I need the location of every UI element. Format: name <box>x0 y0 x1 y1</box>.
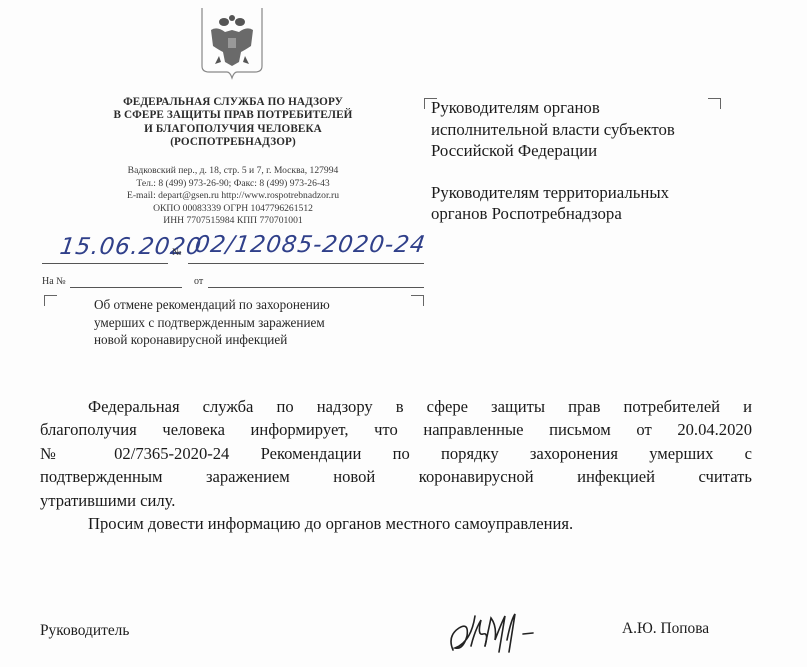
recipient-group-1: Руководителям органов исполнительной вла… <box>431 97 731 162</box>
signatory-title: Руководитель <box>40 622 129 640</box>
ref-from-label: от <box>194 276 203 287</box>
agency-name-line: В СФЕРЕ ЗАЩИТЫ ПРАВ ПОТРЕБИТЕЛЕЙ <box>78 109 388 122</box>
subject-corner-left <box>44 295 57 306</box>
date-underline <box>42 263 168 264</box>
recipient-line: Российской Федерации <box>431 141 597 160</box>
agency-name-line: (РОСПОТРЕБНАДЗОР) <box>78 136 388 149</box>
ref-number-label: На № <box>42 276 66 287</box>
okpo-ogrn: ОКПО 00083339 ОГРН 1047796261512 <box>78 203 388 216</box>
letter-body: Федеральная служба по надзору в сфере за… <box>40 395 752 535</box>
ref-number-line <box>70 287 182 288</box>
ref-from-line <box>208 287 424 288</box>
subject-line: новой коронавирусной инфекцией <box>94 331 414 349</box>
letter-subject: Об отмене рекомендаций по захоронению ум… <box>94 296 414 349</box>
number-underline <box>188 263 424 264</box>
handwritten-date: 15.06.2020 <box>58 234 203 260</box>
recipient-group-2: Руководителям территориальных органов Ро… <box>431 182 731 225</box>
body-line: Федеральная служба по надзору в сфере за… <box>40 395 752 418</box>
inn-kpp: ИНН 7707515984 КПП 770701001 <box>78 215 388 228</box>
agency-contacts: Вадковский пер., д. 18, стр. 5 и 7, г. М… <box>78 165 388 228</box>
body-line: подтвержденным заражением новой коронави… <box>40 465 752 488</box>
email-website: E-mail: depart@gsen.ru http://www.rospot… <box>78 190 388 203</box>
agency-name: ФЕДЕРАЛЬНАЯ СЛУЖБА ПО НАДЗОРУ В СФЕРЕ ЗА… <box>78 96 388 150</box>
number-sign: № <box>172 247 182 258</box>
body-line: утратившими силу. <box>40 489 752 512</box>
handwritten-number: 02/12085-2020-24 <box>193 232 427 258</box>
subject-line: Об отмене рекомендаций по захоронению <box>94 296 414 314</box>
recipient-line: исполнительной власти субъектов <box>431 120 675 139</box>
agency-name-line: И БЛАГОПОЛУЧИЯ ЧЕЛОВЕКА <box>78 123 388 136</box>
recipient-line: Руководителям территориальных <box>431 183 669 202</box>
subject-line: умерших с подтвержденным заражением <box>94 314 414 332</box>
address: Вадковский пер., д. 18, стр. 5 и 7, г. М… <box>78 165 388 178</box>
russian-coat-of-arms-icon <box>199 6 265 82</box>
signatory-name: А.Ю. Попова <box>622 620 709 638</box>
body-paragraph-2: Просим довести информацию до органов мес… <box>40 512 752 535</box>
handwritten-signature-icon <box>445 606 555 656</box>
recipient-line: Руководителям органов <box>431 98 600 117</box>
agency-name-line: ФЕДЕРАЛЬНАЯ СЛУЖБА ПО НАДЗОРУ <box>78 96 388 109</box>
body-line: № 02/7365-2020-24 Рекомендации по порядк… <box>40 442 752 465</box>
recipients-block: Руководителям органов исполнительной вла… <box>431 97 731 245</box>
phone-fax: Тел.: 8 (499) 973-26-90; Факс: 8 (499) 9… <box>78 178 388 191</box>
recipient-line: органов Роспотребнадзора <box>431 204 622 223</box>
body-line: благополучия человека информирует, что н… <box>40 418 752 441</box>
